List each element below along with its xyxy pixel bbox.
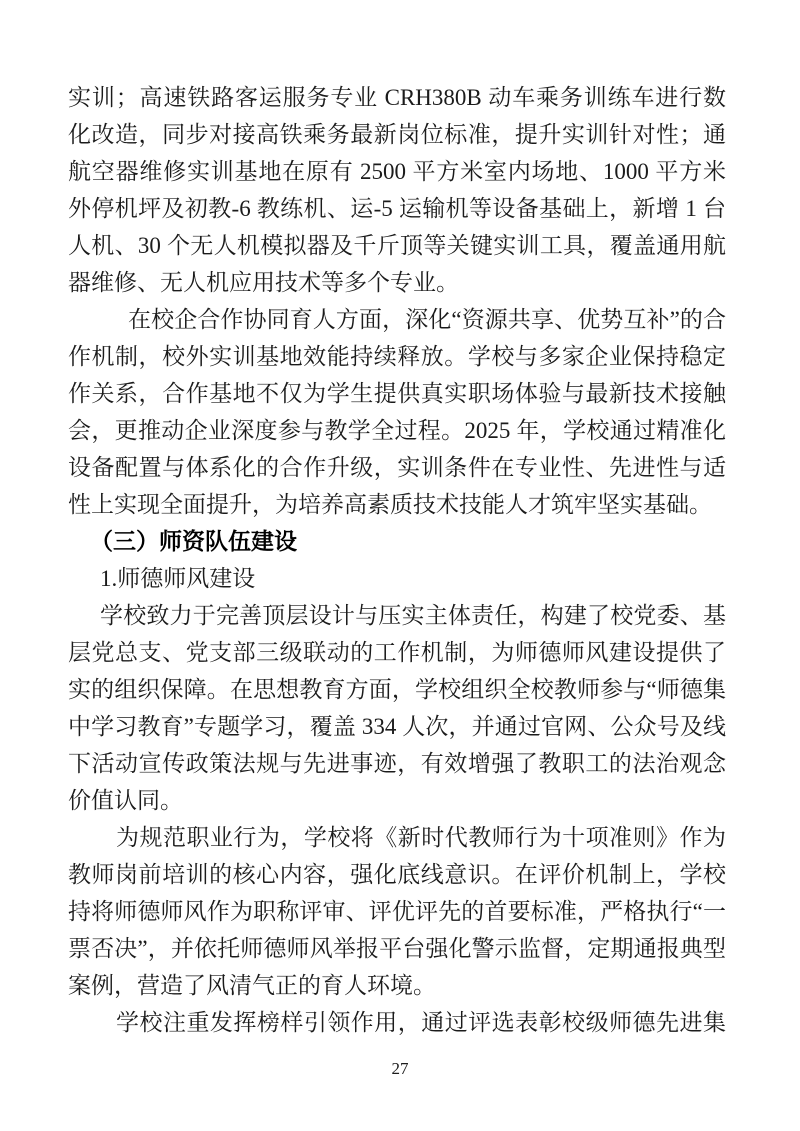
text-line: 性上实现全面提升，为培养高素质技术技能人才筑牢坚实基础。 bbox=[68, 486, 726, 523]
text-line: 实训；高速铁路客运服务专业 CRH380B 动车乘务训练车进行数字 bbox=[68, 79, 726, 116]
text-block: 实训；高速铁路客运服务专业 CRH380B 动车乘务训练车进行数字 化改造，同步… bbox=[68, 79, 726, 1041]
text-line: 实的组织保障。在思想教育方面，学校组织全校教师参与“师德集 bbox=[68, 671, 726, 708]
text-line: 会，更推动企业深度参与教学全过程。2025 年，学校通过精准化的 bbox=[68, 412, 726, 449]
text-line: 设备配置与体系化的合作升级，实训条件在专业性、先进性与适配 bbox=[68, 449, 726, 486]
text-line: 票否决”，并依托师德师风举报平台强化警示监督，定期通报典型 bbox=[68, 930, 726, 967]
text-line: 下活动宣传政策法规与先进事迹，有效增强了教职工的法治观念与 bbox=[68, 745, 726, 782]
text-line: 价值认同。 bbox=[68, 782, 726, 819]
text-line: 学校致力于完善顶层设计与压实主体责任，构建了校党委、基 bbox=[68, 597, 726, 634]
text-line: 教师岗前培训的核心内容，强化底线意识。在评价机制上，学校坚 bbox=[68, 856, 726, 893]
text-line: 层党总支、党支部三级联动的工作机制，为师德师风建设提供了坚 bbox=[68, 634, 726, 671]
text-line: 作关系，合作基地不仅为学生提供真实职场体验与最新技术接触机 bbox=[68, 375, 726, 412]
page-number: 27 bbox=[0, 1057, 800, 1081]
text-line: 案例，营造了风清气正的育人环境。 bbox=[68, 967, 726, 1004]
document-page: 实训；高速铁路客运服务专业 CRH380B 动车乘务训练车进行数字 化改造，同步… bbox=[0, 0, 800, 1131]
text-line: 作机制，校外实训基地效能持续释放。学校与多家企业保持稳定合 bbox=[68, 338, 726, 375]
text-line: 器维修、无人机应用技术等多个专业。 bbox=[68, 264, 726, 301]
text-line: 外停机坪及初教-6 教练机、运-5 运输机等设备基础上，新增 1 台无 bbox=[68, 190, 726, 227]
text-line: 中学习教育”专题学习，覆盖 334 人次，并通过官网、公众号及线 bbox=[68, 708, 726, 745]
text-line: 为规范职业行为，学校将《新时代教师行为十项准则》作为新 bbox=[68, 819, 726, 856]
section-heading: （三）师资队伍建设 bbox=[68, 523, 726, 560]
text-line: 航空器维修实训基地在原有 2500 平方米室内场地、1000 平方米室 bbox=[68, 153, 726, 190]
text-line: 人机、30 个无人机模拟器及千斤顶等关键实训工具，覆盖通用航空 bbox=[68, 227, 726, 264]
subsection-heading: 1.师德师风建设 bbox=[68, 560, 726, 597]
text-line: 在校企合作协同育人方面，深化“资源共享、优势互补”的合 bbox=[68, 301, 726, 338]
text-line: 持将师德师风作为职称评审、评优评先的首要标准，严格执行“一 bbox=[68, 893, 726, 930]
text-line: 学校注重发挥榜样引领作用，通过评选表彰校级师德先进集体 bbox=[68, 1004, 726, 1041]
text-line: 化改造，同步对接高铁乘务最新岗位标准，提升实训针对性；通用 bbox=[68, 116, 726, 153]
